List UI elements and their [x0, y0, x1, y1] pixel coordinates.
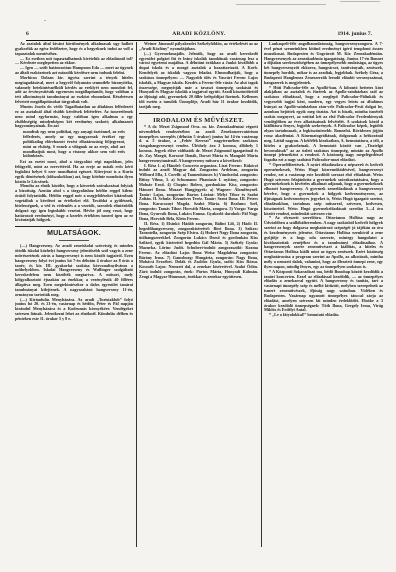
- section-heading: IRODALOM ÉS MŰVÉSZET.: [139, 117, 258, 124]
- heading-underline: [59, 240, 89, 241]
- article-paragraph: * Az elveszett szerelőóra. Ottavianus Ho…: [264, 216, 383, 269]
- scan-mark: [236, 4, 326, 5]
- column-right: Lankaspelt-féle angolhasonlatosság, hang…: [261, 42, 383, 547]
- section-divider: [15, 226, 133, 227]
- article-paragraph: * Operaelőfizetések. A nyári előadásokra…: [264, 163, 383, 216]
- article-paragraph: * A dr. Mezei Zsigmond Orsz. m. kir. Zen…: [139, 125, 258, 164]
- column-left: Az asztalok által kivánt körülmények alk…: [15, 42, 133, 547]
- article-paragraph: (—) Kirándulás Menyházára. Az aradi „Tur…: [15, 298, 133, 322]
- article-paragraph: (—) Hangverseny. Az aradi zeneiskolai sz…: [15, 244, 133, 297]
- scan-mark: [44, 20, 46, 21]
- article-paragraph: * Húti Palicsolor-féle az Apolló-ban. A …: [264, 86, 383, 164]
- article-columns: Az asztalok által kivánt körülmények alk…: [15, 42, 380, 547]
- article-paragraph: II. Rész. 1) Elsinki: Hádáb zongorán, Bá…: [139, 222, 258, 280]
- section-heading: MULATSÁGOK.: [15, 230, 133, 237]
- article-paragraph: Lankaspelt-féle angolhasonlatosság, hang…: [264, 42, 383, 86]
- scan-artifacts-top: [0, 0, 396, 30]
- quoted-paragraph: mondtuk egy nem politikai, egy anyagi ös…: [23, 130, 125, 159]
- section-divider: [139, 113, 258, 114]
- article-paragraph: Muniss Josefa dr. védő: Tagadhatatlan az…: [15, 105, 133, 129]
- article-paragraph: Morbicus Dolzan kir. ügyész szerint a té…: [15, 76, 133, 105]
- article-paragraph: I. Rész 1. a) Händel: Concerto orgonára.…: [139, 164, 258, 222]
- newspaper-title: ARADI KÖZLÖNY.: [26, 31, 372, 37]
- article-paragraph: Mondta az elnök közölte, hogy a körzetek…: [15, 184, 133, 223]
- article-paragraph: (—) Gyermekmajális. Jelentik, hogy az ar…: [139, 52, 258, 110]
- scan-mark: [340, 1, 380, 2]
- issue-date: 1914. junius 7.: [337, 31, 372, 37]
- scan-artifacts-bottom: [0, 548, 396, 572]
- article-paragraph: * A Központi Sokaradiszó ma, hétfő Busuh…: [264, 270, 383, 314]
- article-paragraph: Ezt az esetet most, ahol a tárgyalást ré…: [15, 160, 133, 184]
- column-middle: Weiner Jánosnál pályakezdet Székelyföldö…: [136, 42, 258, 547]
- masthead: 6 ARADI KÖZLÖNY. 1914. junius 7.: [26, 30, 372, 41]
- article-paragraph: Az asztalok által kivánt körülmények alk…: [15, 42, 133, 57]
- article-paragraph: * „Le a fátyolokkal!” bemutató előadás.: [264, 313, 383, 318]
